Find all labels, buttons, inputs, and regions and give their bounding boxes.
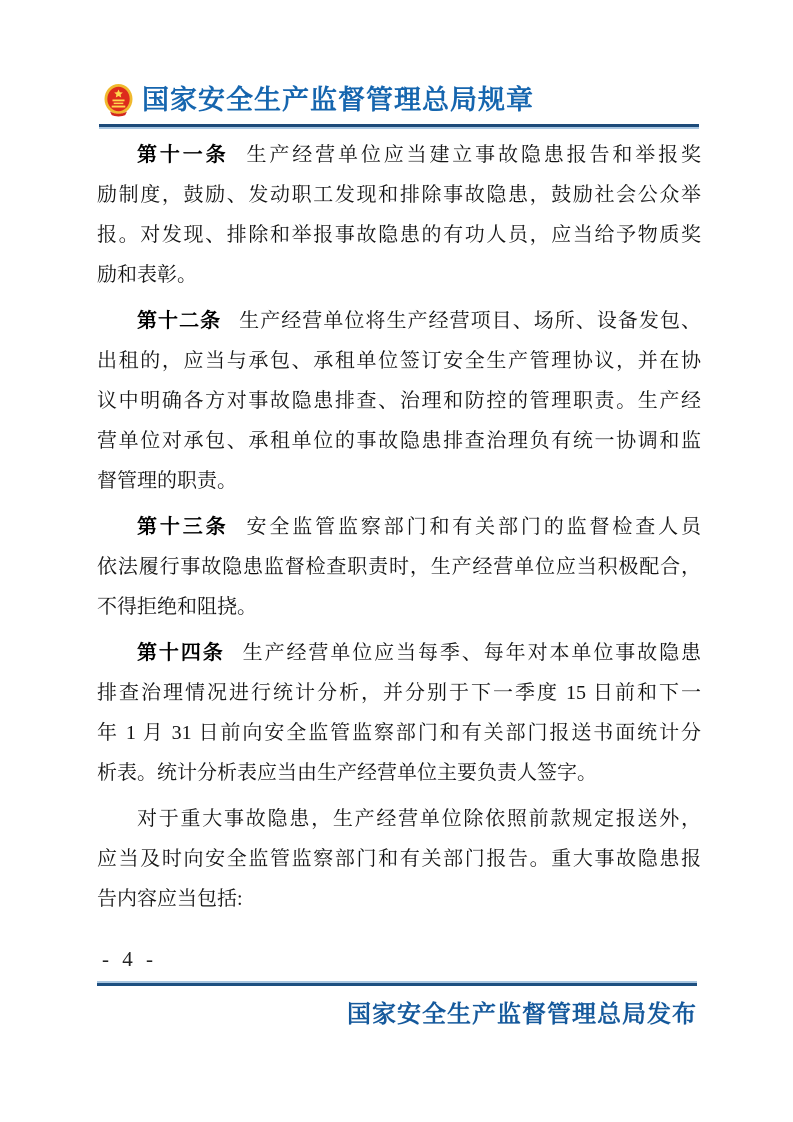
- body-line: 析表。统计分析表应当由生产经营单位主要负责人签字。: [97, 753, 701, 793]
- header-rule: [99, 124, 699, 129]
- article-number: 第十一条: [137, 144, 228, 166]
- article-number: 第十三条: [137, 516, 228, 538]
- body-line: 应当及时向安全监管监察部门和有关部门报告。重大事故隐患报: [97, 839, 701, 879]
- article-paragraph: 第十二条生产经营单位将生产经营项目、场所、设备发包、 出租的，应当与承包、承租单…: [97, 301, 701, 501]
- document-page: 国家安全生产监督管理总局规章 第十一条生产经营单位应当建立事故隐患报告和举报奖 …: [0, 0, 793, 1122]
- body-line-text: 安全监管监察部门和有关部门的监督检查人员: [246, 516, 701, 538]
- body-line: 议中明确各方对事故隐患排查、治理和防控的管理职责。生产经: [97, 381, 701, 421]
- china-national-emblem-icon: [103, 83, 134, 117]
- body-line: 励和表彰。: [97, 255, 701, 295]
- body-line: 报。对发现、排除和举报事故隐患的有功人员，应当给予物质奖: [97, 215, 701, 255]
- document-body: 第十一条生产经营单位应当建立事故隐患报告和举报奖 励制度，鼓励、发动职工发现和排…: [97, 135, 701, 925]
- page-number: - 4 -: [102, 946, 157, 972]
- body-line: 告内容应当包括:: [97, 879, 701, 919]
- article-paragraph: 第十三条安全监管监察部门和有关部门的监督检查人员 依法履行事故隐患监督检查职责时…: [97, 507, 701, 627]
- body-line: 排查治理情况进行统计分析，并分别于下一季度 15 日前和下一: [97, 673, 701, 713]
- body-line: 营单位对承包、承租单位的事故隐患排查治理负有统一协调和监: [97, 421, 701, 461]
- body-line: 年 1 月 31 日前向安全监管监察部门和有关部门报送书面统计分: [97, 713, 701, 753]
- article-number: 第十四条: [137, 642, 225, 664]
- body-line: 出租的，应当与承包、承租单位签订安全生产管理协议，并在协: [97, 341, 701, 381]
- body-line: 第十四条生产经营单位应当每季、每年对本单位事故隐患: [97, 633, 701, 673]
- body-line-text: 生产经营单位应当每季、每年对本单位事故隐患: [243, 642, 701, 664]
- body-line: 依法履行事故隐患监督检查职责时，生产经营单位应当积极配合，: [97, 547, 701, 587]
- article-number: 第十二条: [137, 310, 221, 332]
- body-line: 不得拒绝和阻挠。: [97, 587, 701, 627]
- body-line: 对于重大事故隐患，生产经营单位除依照前款规定报送外，: [97, 799, 701, 839]
- body-line: 第十一条生产经营单位应当建立事故隐患报告和举报奖: [97, 135, 701, 175]
- body-line: 第十三条安全监管监察部门和有关部门的监督检查人员: [97, 507, 701, 547]
- article-paragraph: 第十四条生产经营单位应当每季、每年对本单位事故隐患 排查治理情况进行统计分析，并…: [97, 633, 701, 793]
- plain-paragraph: 对于重大事故隐患，生产经营单位除依照前款规定报送外， 应当及时向安全监管监察部门…: [97, 799, 701, 919]
- footer-rule: [97, 981, 697, 986]
- body-line: 励制度，鼓励、发动职工发现和排除事故隐患，鼓励社会公众举: [97, 175, 701, 215]
- article-paragraph: 第十一条生产经营单位应当建立事故隐患报告和举报奖 励制度，鼓励、发动职工发现和排…: [97, 135, 701, 295]
- page-header: 国家安全生产监督管理总局规章: [97, 83, 701, 117]
- body-line-text: 生产经营单位应当建立事故隐患报告和举报奖: [246, 144, 701, 166]
- body-line-text: 生产经营单位将生产经营项目、场所、设备发包、: [239, 310, 701, 332]
- publisher-label: 国家安全生产监督管理总局发布: [347, 1000, 697, 1030]
- document-title: 国家安全生产监督管理总局规章: [142, 83, 534, 117]
- body-line: 督管理的职责。: [97, 461, 701, 501]
- body-line: 第十二条生产经营单位将生产经营项目、场所、设备发包、: [97, 301, 701, 341]
